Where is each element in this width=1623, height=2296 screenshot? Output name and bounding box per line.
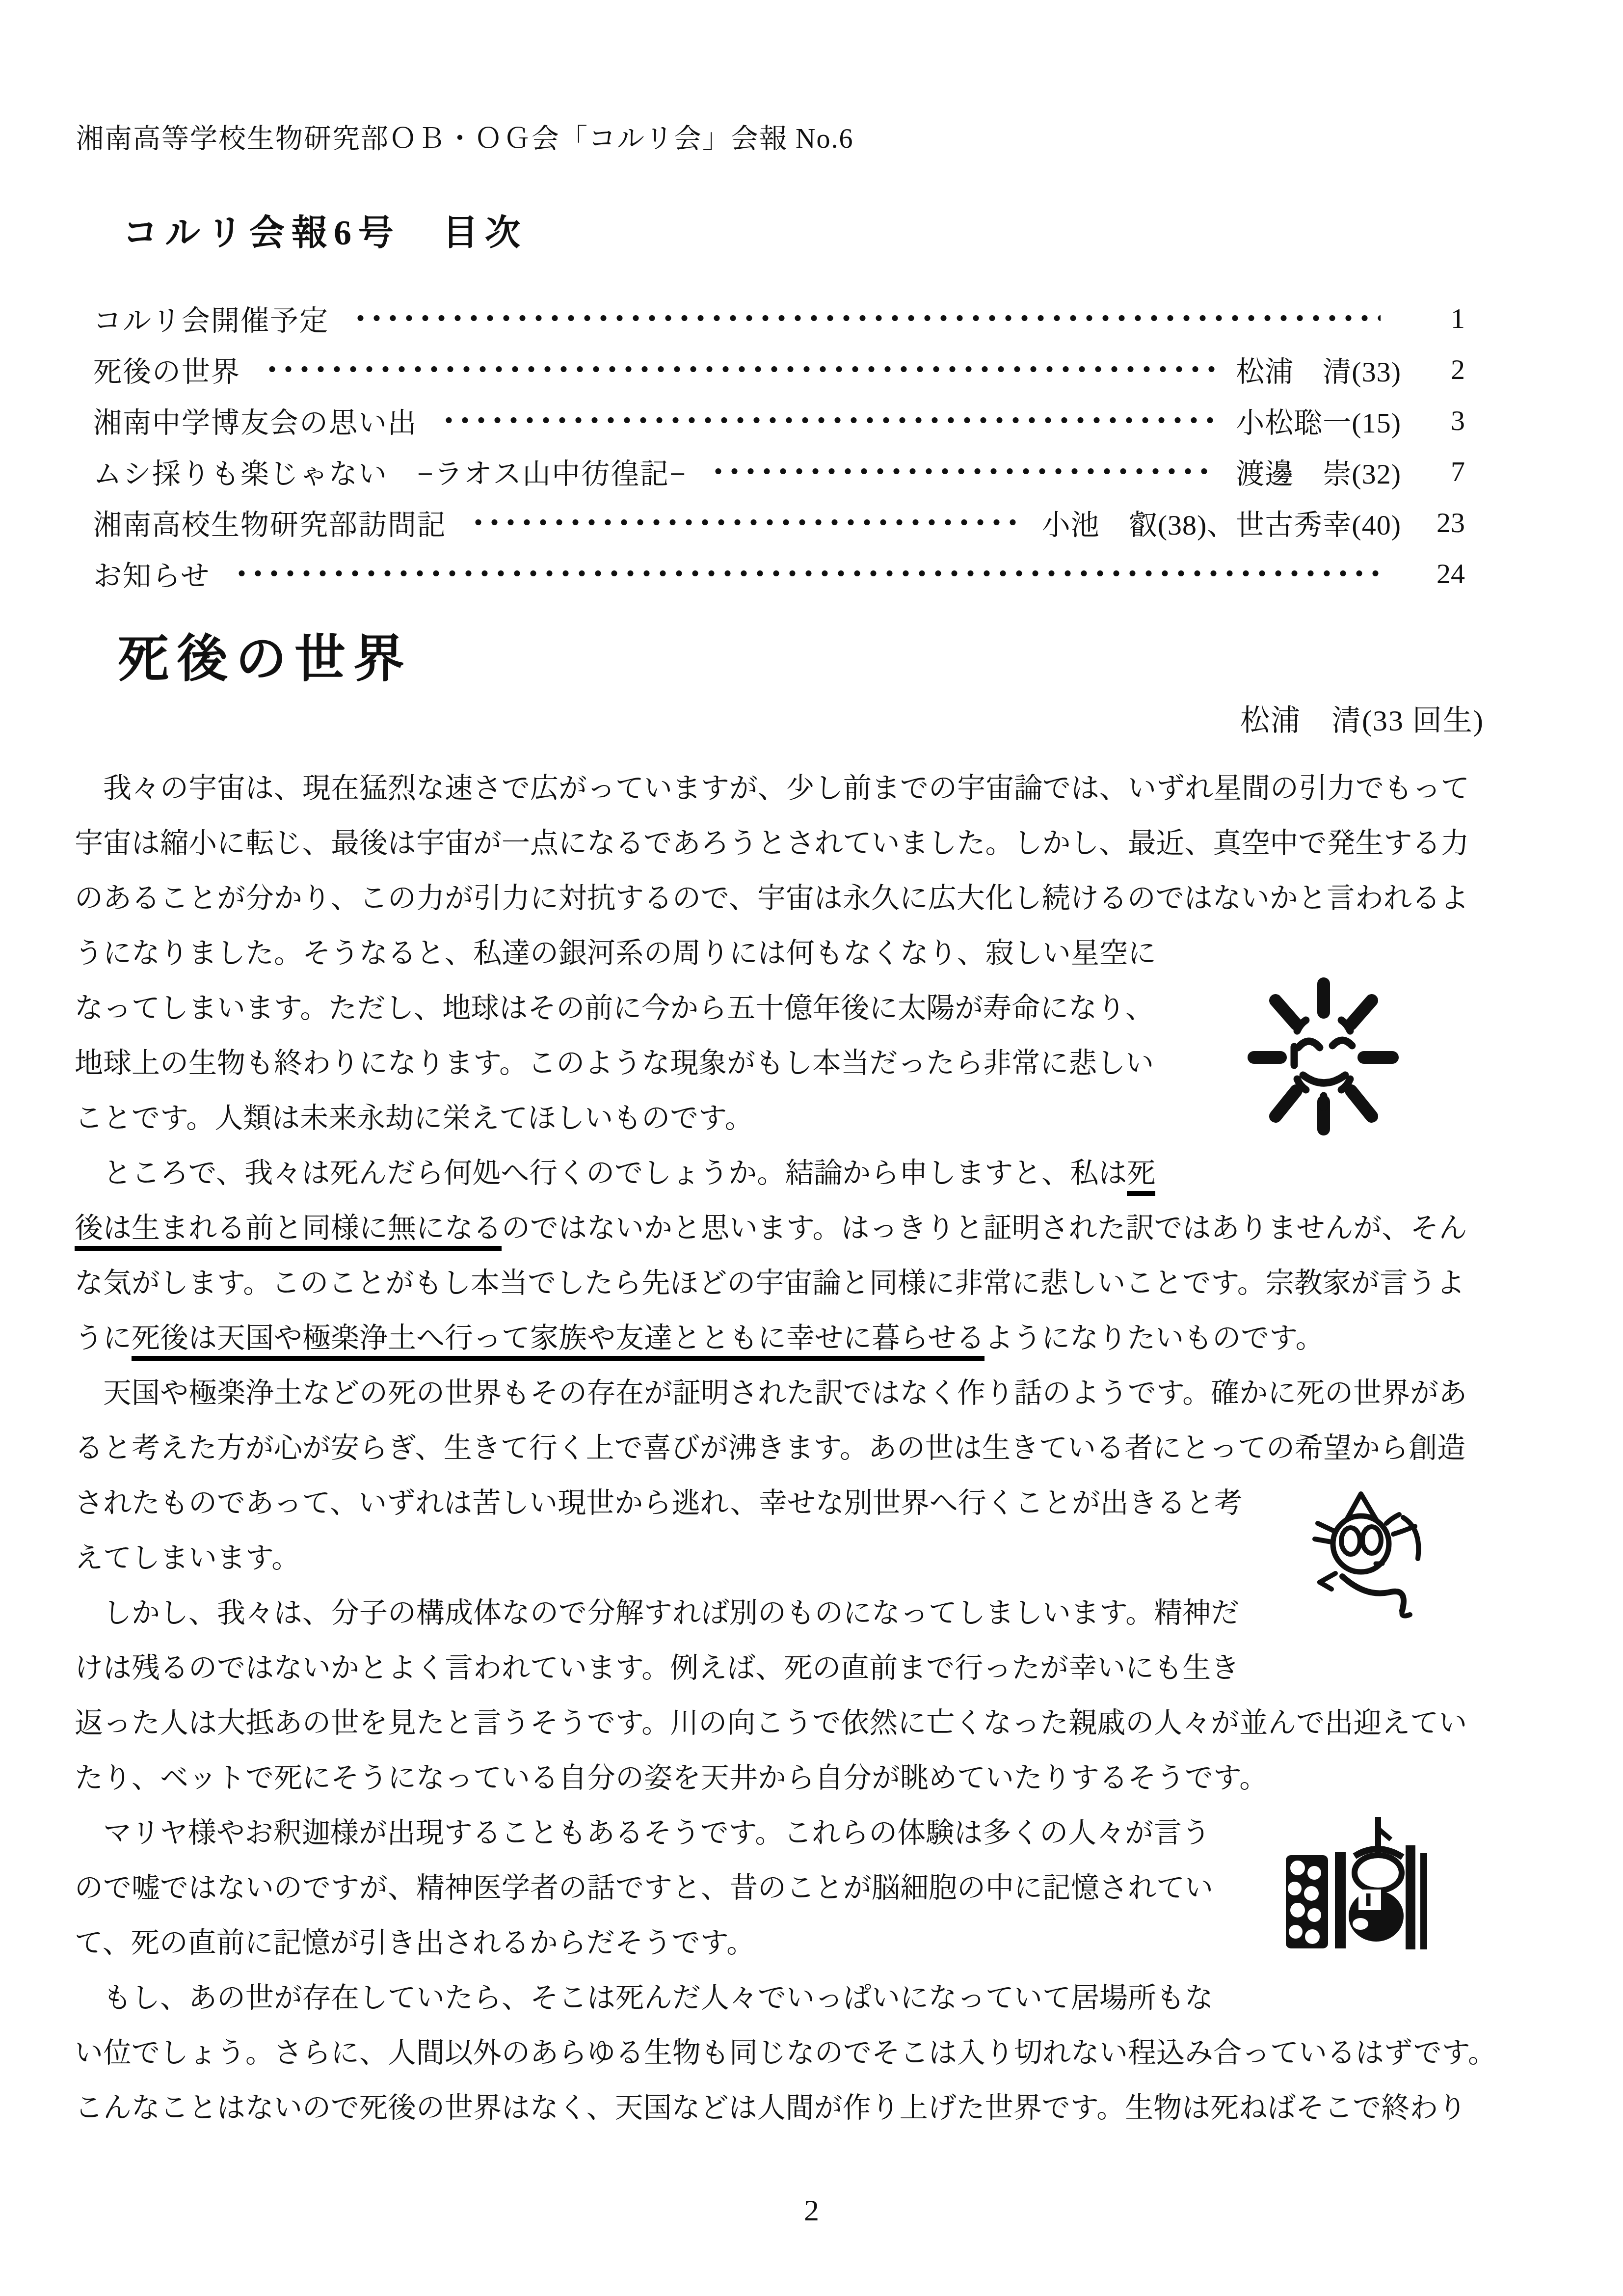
body-text-segment: な気がします。このことがもし本当でしたら先ほどの宇宙論と同様に非常に悲しいことで…	[75, 1267, 1465, 1299]
body-text-segment: なってしまいます。ただし、地球はその前に今から五十億年後に太陽が寿命になり、	[75, 992, 1154, 1024]
body-text-segment: 返った人は大抵あの世を見たと言うそうです。川の向こうで依然に亡くなった親戚の人々…	[75, 1707, 1467, 1739]
insect-cage-illustration	[1282, 1813, 1437, 1963]
toc-entry-page: 2	[1401, 353, 1465, 386]
body-line: こんなことはないので死後の世界はなく、天国などは人間が作り上げた世界です。生物は…	[75, 2080, 1468, 2135]
body-line: もし、あの世が存在していたら、そこは死んだ人々でいっぱいになっていて居場所もな	[75, 1971, 1468, 2026]
toc-entry-page: 23	[1401, 506, 1465, 539]
body-text-segment: ことです。人類は未来永劫に栄えてほしいものです。	[75, 1102, 753, 1134]
toc-entry-title: 死後の世界	[93, 349, 240, 390]
toc-entry-page: 7	[1401, 455, 1465, 488]
body-line: マリヤ様やお釈迦様が出現することもあるそうです。これらの体験は多くの人々が言う	[75, 1806, 1468, 1861]
body-text-segment: たり、ベットで死にそうになっている自分の姿を天井から自分が眺めていたりするそうで…	[75, 1762, 1268, 1794]
toc-entry-page: 1	[1401, 302, 1465, 335]
body-text-segment: ようになりたいものです。	[984, 1322, 1324, 1354]
body-text-segment: ると考えた方が心が安らぎ、生きて行く上で喜びが沸きます。あの世は生きている者にと…	[75, 1432, 1465, 1464]
toc-entry-page: 24	[1401, 557, 1465, 590]
underlined-text-segment: 死	[1127, 1157, 1155, 1196]
dot-leader	[710, 446, 1216, 497]
body-text-segment: 地球上の生物も終わりになります。このような現象がもし本当だったら非常に悲しい	[75, 1047, 1154, 1079]
body-text-segment: 天国や極楽浄土などの死の世界もその存在が証明された訳ではなく作り話のようです。確…	[75, 1377, 1467, 1409]
body-text-segment: しかし、我々は、分子の構成体なので分解すれば別のものになってしましいます。精神だ	[75, 1597, 1239, 1629]
toc-row: お知らせ 24	[93, 548, 1465, 599]
body-text-segment: 宇宙は縮小に転じ、最後は宇宙が一点になるであろうとされていました。しかし、最近、…	[75, 827, 1469, 859]
body-line: ので嘘ではないのですが、精神医学者の話ですと、昔のことが脳細胞の中に記憶されてい	[75, 1861, 1468, 1916]
toc-entry-author: 小松聡一(15)	[1236, 400, 1401, 441]
body-text-segment: こんなことはないので死後の世界はなく、天国などは人間が作り上げた世界です。生物は…	[75, 2092, 1466, 2124]
body-line: されたものであって、いずれは苦しい現世から逃れ、幸せな別世界へ行くことが出きると…	[75, 1476, 1468, 1531]
body-text-segment: のあることが分かり、この力が引力に対抗するので、宇宙は永久に広大化し続けるのでは…	[75, 882, 1469, 914]
body-text-segment: うに	[75, 1322, 132, 1354]
toc-entry-title: 湘南中学博友会の思い出	[93, 400, 417, 441]
underlined-text-segment: 死後は天国や極楽浄土へ行って家族や友達とともに幸せに暮らせる	[132, 1322, 984, 1361]
body-line: たり、ベットで死にそうになっている自分の姿を天井から自分が眺めていたりするそうで…	[75, 1751, 1468, 1806]
toc-row: 湘南高校生物研究部訪問記 小池 叡(38)、世古秀幸(40) 23	[93, 497, 1465, 548]
page-header: 湘南高等学校生物研究部ＯＢ・ＯＧ会「コルリ会」会報 No.6	[76, 117, 853, 156]
toc-row: 湘南中学博友会の思い出 小松聡一(15) 3	[93, 395, 1465, 446]
underlined-text-segment: 後は生まれる前と同様に無になる	[75, 1212, 502, 1251]
body-line: 天国や極楽浄土などの死の世界もその存在が証明された訳ではなく作り話のようです。確…	[75, 1366, 1468, 1421]
toc-entry-title: 湘南高校生物研究部訪問記	[93, 502, 447, 543]
dot-leader	[264, 344, 1215, 395]
body-line: うに死後は天国や極楽浄土へ行って家族や友達とともに幸せに暮らせるようになりたいも…	[75, 1311, 1468, 1366]
body-line: ると考えた方が心が安らぎ、生きて行く上で喜びが沸きます。あの世は生きている者にと…	[75, 1421, 1468, 1476]
toc-row: 死後の世界 松浦 清(33) 2	[93, 344, 1465, 395]
toc-title: コルリ会報6号 目次	[123, 204, 527, 255]
toc-row: コルリ会開催予定 1	[93, 293, 1465, 344]
body-text-segment: うになりました。そうなると、私達の銀河系の周りには何もなくなり、寂しい星空に	[75, 937, 1156, 969]
newsletter-page: 湘南高等学校生物研究部ＯＢ・ＯＧ会「コルリ会」会報 No.6 コルリ会報6号 目…	[0, 0, 1623, 2296]
body-line: い位でしょう。さらに、人間以外のあらゆる生物も同じなのでそこは入り切れない程込み…	[75, 2026, 1468, 2080]
toc-entry-title: ムシ採りも楽じゃない −ラオス山中彷徨記−	[93, 451, 687, 492]
body-line: しかし、我々は、分子の構成体なので分解すれば別のものになってしましいます。精神だ	[75, 1586, 1468, 1641]
body-text-segment: のではないかと思います。はっきりと証明された訳ではありませんが、そん	[502, 1212, 1467, 1244]
article-body: 我々の宇宙は、現在猛烈な速さで広がっていますが、少し前までの宇宙論では、いずれ星…	[75, 761, 1468, 2135]
body-text-segment: て、死の直前に記憶が引き出されるからだそうです。	[75, 1927, 755, 1959]
toc-list: コルリ会開催予定 1 死後の世界 松浦 清(33) 2 湘南中学博友会の思い出 …	[93, 293, 1465, 599]
body-line: 我々の宇宙は、現在猛烈な速さで広がっていますが、少し前までの宇宙論では、いずれ星…	[75, 761, 1468, 816]
body-line: のあることが分かり、この力が引力に対抗するので、宇宙は永久に広大化し続けるのでは…	[75, 871, 1468, 926]
body-text-segment: えてしまいます。	[75, 1542, 300, 1574]
body-line: えてしまいます。	[75, 1531, 1468, 1586]
body-text-segment: い位でしょう。さらに、人間以外のあらゆる生物も同じなのでそこは入り切れない程込み…	[75, 2037, 1496, 2069]
body-line: けは残るのではないかとよく言われています。例えば、死の直前まで行ったが幸いにも生…	[75, 1641, 1468, 1696]
flying-spirit-illustration	[1303, 1489, 1433, 1628]
dot-leader	[234, 548, 1381, 599]
page-number: 2	[0, 2193, 1623, 2228]
article-title: 死後の世界	[118, 618, 412, 691]
dot-leader	[352, 293, 1381, 344]
body-text-segment: マリヤ様やお釈迦様が出現することもあるそうです。これらの体験は多くの人々が言う	[75, 1817, 1210, 1849]
body-text-segment: されたものであって、いずれは苦しい現世から逃れ、幸せな別世界へ行くことが出きると…	[75, 1487, 1243, 1519]
body-text-segment: ので嘘ではないのですが、精神医学者の話ですと、昔のことが脳細胞の中に記憶されてい	[75, 1872, 1213, 1904]
dot-leader	[470, 497, 1021, 548]
toc-entry-author: 渡邊 崇(32)	[1236, 451, 1401, 492]
toc-entry-author: 松浦 清(33)	[1236, 349, 1401, 390]
body-text-segment: けは残るのではないかとよく言われています。例えば、死の直前まで行ったが幸いにも生…	[75, 1652, 1239, 1684]
body-text-segment: 我々の宇宙は、現在猛烈な速さで広がっていますが、少し前までの宇宙論では、いずれ星…	[75, 772, 1469, 804]
body-line: 宇宙は縮小に転じ、最後は宇宙が一点になるであろうとされていました。しかし、最近、…	[75, 816, 1468, 871]
body-line: な気がします。このことがもし本当でしたら先ほどの宇宙論と同様に非常に悲しいことで…	[75, 1256, 1468, 1311]
toc-entry-page: 3	[1401, 404, 1465, 437]
dot-leader	[441, 395, 1215, 446]
article-author: 松浦 清(33 回生)	[1240, 697, 1484, 739]
body-text-segment: ところで、我々は死んだら何処へ行くのでしょうか。結論から申しますと、私は	[75, 1157, 1127, 1189]
toc-entry-title: コルリ会開催予定	[93, 297, 329, 339]
body-line: ところで、我々は死んだら何処へ行くのでしょうか。結論から申しますと、私は死	[75, 1146, 1468, 1201]
body-text-segment: もし、あの世が存在していたら、そこは死んだ人々でいっぱいになっていて居場所もな	[75, 1982, 1213, 2014]
body-line: 後は生まれる前と同様に無になるのではないかと思います。はっきりと証明された訳では…	[75, 1201, 1468, 1256]
toc-row: ムシ採りも楽じゃない −ラオス山中彷徨記− 渡邊 崇(32) 7	[93, 446, 1465, 497]
toc-entry-author: 小池 叡(38)、世古秀幸(40)	[1042, 502, 1401, 543]
toc-entry-title: お知らせ	[93, 553, 210, 594]
body-line: て、死の直前に記憶が引き出されるからだそうです。	[75, 1916, 1468, 1971]
body-line: 返った人は大抵あの世を見たと言うそうです。川の向こうで依然に亡くなった親戚の人々…	[75, 1696, 1468, 1751]
smiling-sun-illustration	[1245, 973, 1402, 1137]
